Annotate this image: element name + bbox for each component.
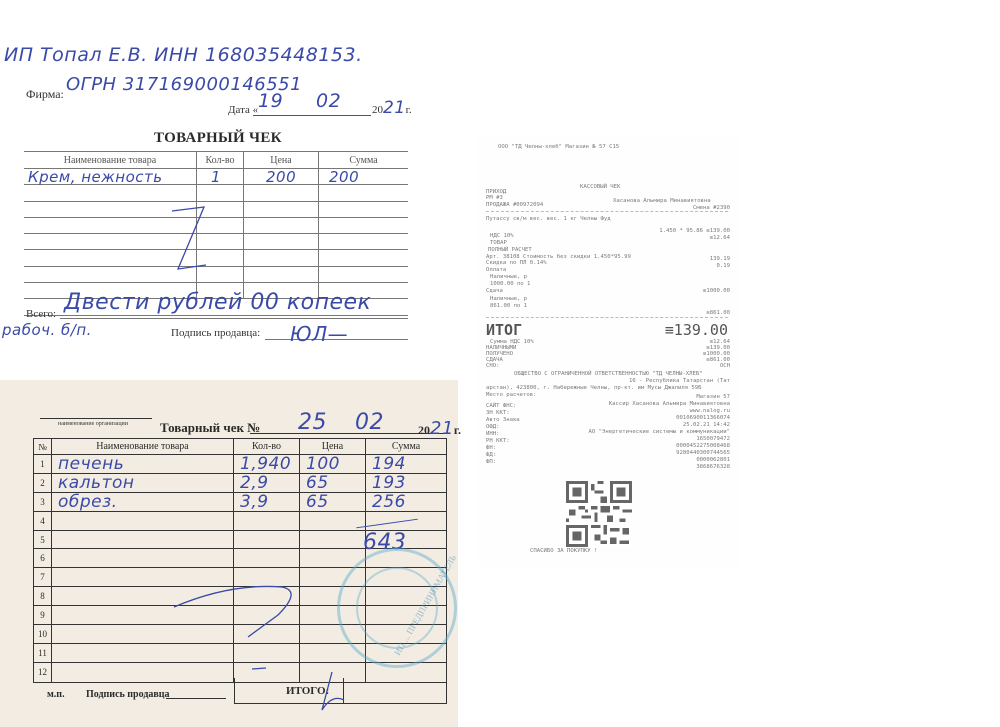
change-line: 861.00 по 1 bbox=[490, 303, 527, 309]
place-label: Место расчетов: bbox=[486, 392, 537, 398]
row-number: 10 bbox=[34, 625, 51, 643]
total-underline bbox=[60, 318, 408, 319]
paid-line: 1000.00 по 1 bbox=[490, 281, 530, 287]
meta-value: 9280440300744565 bbox=[676, 450, 730, 456]
item-name: кальтон bbox=[51, 474, 233, 492]
item-name: Путассу св/м вес. вес. 1 кг Челны Фуд bbox=[486, 216, 611, 222]
firm-label: Фирма: bbox=[26, 87, 64, 102]
receipt-title: ТОВАРНЫЙ ЧЕК bbox=[154, 130, 282, 147]
company-name: ОБЩЕСТВО С ОГРАНИЧЕННОЙ ОТВЕТСТВЕННОСТЬЮ… bbox=[514, 371, 703, 377]
total-value: ≡139.00 bbox=[665, 322, 728, 338]
item-price: 200 bbox=[243, 169, 318, 184]
place-value: Магазин 57 bbox=[696, 394, 730, 400]
year-prefix: 20 bbox=[372, 104, 383, 116]
goods-label: ТОВАР bbox=[490, 240, 507, 246]
date-underline bbox=[253, 115, 371, 116]
date-year: 2021г. bbox=[372, 98, 412, 118]
item-sum: 200 bbox=[318, 169, 408, 184]
meta-label: ОФД: bbox=[486, 424, 499, 430]
item-sum: 193 bbox=[365, 474, 446, 492]
z-strike-mark bbox=[170, 575, 300, 685]
table-row: Крем, нежность 1 200 200 bbox=[24, 169, 408, 185]
address-line-2: арстан), 423800, г. Набережные Челны, пр… bbox=[486, 385, 702, 391]
meta-value: 0010690011366074 bbox=[676, 415, 730, 421]
col-number: № bbox=[34, 439, 51, 454]
discount-value: 0.19 bbox=[717, 263, 730, 269]
address-line-1: 16 - Республика Татарстан (Тат bbox=[629, 378, 730, 384]
row-number: 1 bbox=[34, 455, 51, 473]
row-number: 2 bbox=[34, 474, 51, 492]
mp-label: м.п. bbox=[47, 689, 65, 700]
org-name-line bbox=[40, 418, 152, 419]
divider bbox=[486, 211, 728, 212]
year-handwritten: 21 bbox=[430, 418, 454, 439]
item-price: 65 bbox=[299, 493, 365, 511]
row-number: 6 bbox=[34, 549, 51, 567]
meta-value: 0000062801 bbox=[696, 457, 730, 463]
workplace: РМ #3 bbox=[486, 195, 503, 201]
row-number: 5 bbox=[34, 531, 51, 549]
table-row: 3 обрез. 3,9 65 256 bbox=[34, 493, 446, 512]
row-number: 4 bbox=[34, 512, 51, 530]
meta-value: АО "Энергетические системы и коммуникаци… bbox=[589, 429, 730, 435]
year-suffix: г. bbox=[406, 104, 412, 116]
summary-value: ОСН bbox=[720, 363, 730, 369]
row-number: 3 bbox=[34, 493, 51, 511]
table-row bbox=[24, 250, 408, 266]
divider bbox=[486, 317, 728, 318]
receipt-1-sales-slip: ИП Топал Е.В. ИНН 168035448153. Фирма: О… bbox=[0, 0, 440, 378]
meta-value: 0000452275008468 bbox=[676, 443, 730, 449]
meta-value: 1650079472 bbox=[696, 436, 730, 442]
cashier-name: Хасанова Альмира Минавиятовна bbox=[613, 198, 711, 204]
signature-line bbox=[166, 698, 226, 699]
seller-signature-label: Подпись продавца: bbox=[171, 327, 260, 339]
summary-label: СНО: bbox=[486, 363, 499, 369]
change-label: Сдача bbox=[486, 288, 503, 294]
item-calc: 1.450 * 95.86 ≡139.00 bbox=[659, 228, 730, 234]
table-row: 4 bbox=[34, 512, 446, 531]
vat-label: НДС 10% bbox=[490, 233, 514, 239]
date-month: 02 bbox=[316, 90, 341, 112]
qr-code-icon bbox=[565, 481, 633, 547]
side-note: рабоч. б/п. bbox=[2, 322, 92, 338]
receipt-2-sales-slip: наименование организации Товарный чек № … bbox=[0, 380, 458, 727]
col-sum: Сумма bbox=[318, 152, 408, 168]
seller-signature-label: Подпись продавца bbox=[86, 689, 170, 700]
cashier-line: Кассир Хасанова Альмира Минавиятовна bbox=[609, 401, 730, 407]
row-number: 12 bbox=[34, 663, 51, 682]
paid-value: ≡1000.00 bbox=[703, 288, 730, 294]
meta-label: ИНН: bbox=[486, 431, 499, 437]
col-qty: Кол-во bbox=[196, 152, 243, 168]
meta-label: САЙТ ФНС: bbox=[486, 403, 516, 409]
row-number: 8 bbox=[34, 587, 51, 605]
meta-label: Авто Знака bbox=[486, 417, 520, 423]
org-name-label: наименование организации bbox=[58, 421, 128, 427]
col-sum: Сумма bbox=[365, 439, 446, 454]
sale-number: ПРОДАЖА #00972094 bbox=[486, 202, 543, 208]
year-handwritten: 21 bbox=[383, 98, 406, 118]
store-header: ООО "ТД Челны-хлеб" Магазин № 57 С15 bbox=[498, 144, 619, 150]
meta-value: 25.02.21 14:42 bbox=[683, 422, 730, 428]
meta-label: ФП: bbox=[486, 459, 496, 465]
thanks-message: СПАСИБО ЗА ПОКУПКУ ! bbox=[530, 548, 597, 554]
table-header: Наименование товара Кол-во Цена Сумма bbox=[24, 151, 408, 169]
seller-signature: ЮЛ— bbox=[290, 322, 348, 346]
item-sum: 194 bbox=[365, 455, 446, 473]
total-in-words: Двести рублей 00 копеек bbox=[64, 290, 371, 315]
row-number: 7 bbox=[34, 568, 51, 586]
total-label: Всего: bbox=[26, 308, 56, 320]
cash-register-receipt: ООО "ТД Челны-хлеб" Магазин № 57 С15 КАС… bbox=[478, 136, 740, 566]
payment-label: Оплата bbox=[486, 267, 506, 273]
col-price: Цена bbox=[243, 152, 318, 168]
table-row bbox=[24, 267, 408, 283]
article-value: 139.19 bbox=[710, 256, 730, 262]
itogo-signature bbox=[318, 670, 348, 720]
col-name: Наименование товара bbox=[24, 152, 196, 168]
item-qty: 1,940 bbox=[233, 455, 299, 473]
discount-line: Скидка по ПЛ 0.14% bbox=[486, 260, 547, 266]
meta-label: РН ККТ: bbox=[486, 438, 510, 444]
col-price: Цена bbox=[299, 439, 365, 454]
row-number: 9 bbox=[34, 606, 51, 624]
full-payment-label: ПОЛНЫЙ РАСЧЕТ bbox=[488, 247, 532, 253]
receipt-title: КАССОВЫЙ ЧЕК bbox=[580, 184, 620, 190]
table-row bbox=[24, 185, 408, 201]
table-row: 2 кальтон 2,9 65 193 bbox=[34, 474, 446, 493]
total-label: ИТОГ bbox=[486, 322, 522, 338]
col-name: Наименование товара bbox=[51, 439, 233, 454]
item-qty: 2,9 bbox=[233, 474, 299, 492]
date-month: 02 bbox=[355, 410, 384, 435]
seller-info: ИП Топал Е.В. ИНН 168035448153. bbox=[4, 44, 363, 66]
item-sum: 256 bbox=[365, 493, 446, 511]
year-suffix: г. bbox=[454, 423, 461, 437]
z-strike-mark bbox=[170, 205, 210, 275]
meta-value: www.nalog.ru bbox=[690, 408, 730, 414]
table-row bbox=[24, 218, 408, 234]
meta-label: ФД: bbox=[486, 452, 496, 458]
meta-label: ЗН ККТ: bbox=[486, 410, 510, 416]
year-prefix: 20 bbox=[418, 423, 430, 437]
cash-label: Наличные, р bbox=[490, 274, 527, 280]
item-price: 100 bbox=[299, 455, 365, 473]
meta-value: 3868676328 bbox=[696, 464, 730, 470]
change-value: ≡861.00 bbox=[706, 310, 730, 316]
item-qty: 3,9 bbox=[233, 493, 299, 511]
meta-label: ФН: bbox=[486, 445, 496, 451]
table-row bbox=[24, 202, 408, 218]
vat-value: ≡12.64 bbox=[710, 235, 730, 241]
item-name: Крем, нежность bbox=[24, 169, 196, 184]
row-number: 11 bbox=[34, 644, 51, 662]
table-row bbox=[24, 234, 408, 250]
item-qty: 1 bbox=[196, 169, 243, 184]
item-name: печень bbox=[51, 455, 233, 473]
receipt-title: Товарный чек № bbox=[160, 420, 260, 436]
table-row: 1 печень 1,940 100 194 bbox=[34, 455, 446, 474]
item-name: обрез. bbox=[51, 493, 233, 511]
change-cash-label: Наличные, р bbox=[490, 296, 527, 302]
date-year: 2021г. bbox=[418, 418, 461, 439]
date-day: 25 bbox=[298, 410, 327, 435]
col-qty: Кол-во bbox=[233, 439, 299, 454]
item-price: 65 bbox=[299, 474, 365, 492]
date-day: 19 bbox=[258, 90, 283, 112]
table-header: № Наименование товара Кол-во Цена Сумма bbox=[34, 439, 446, 455]
